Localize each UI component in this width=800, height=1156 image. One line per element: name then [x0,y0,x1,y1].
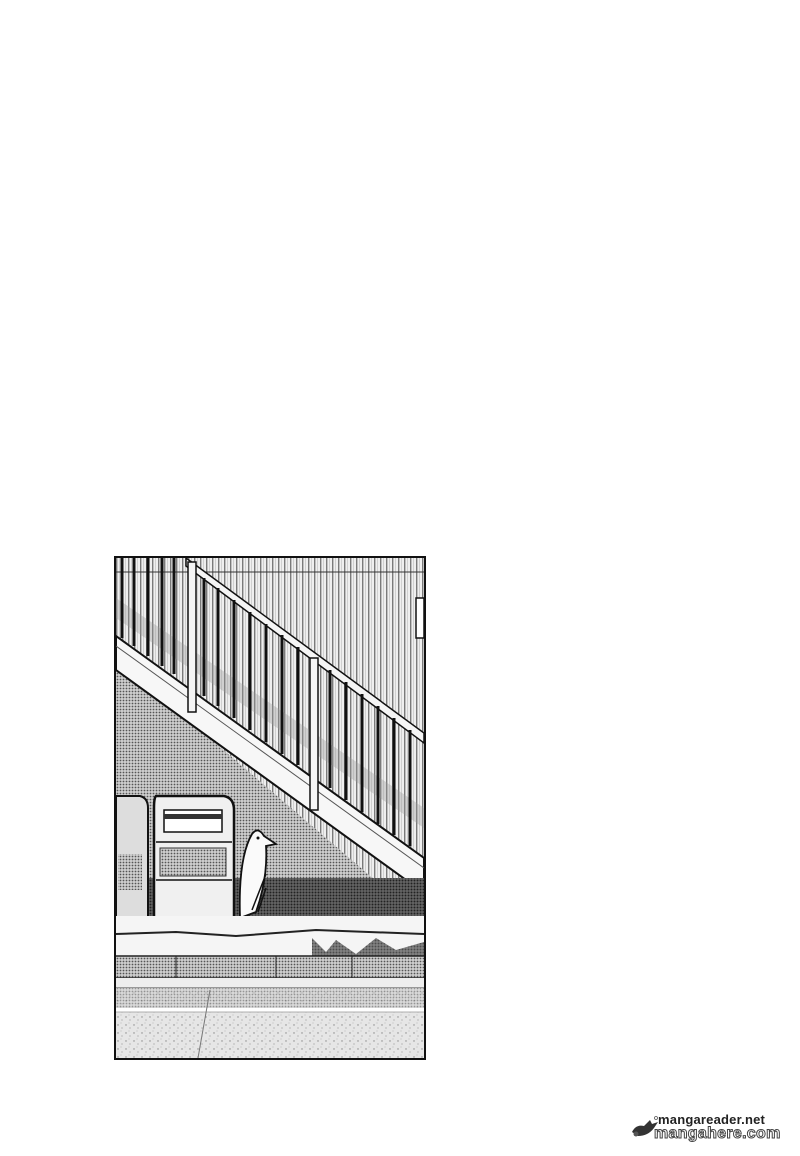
curb [116,956,424,988]
road [116,988,424,1058]
trash-bin [154,796,234,922]
panel-illustration [116,558,424,1058]
manga-panel [114,556,426,1060]
watermark: mangareader.net mangahere.com [630,1108,790,1148]
trash-bin [116,796,148,920]
sidewalk [116,916,424,956]
watermark-text-mangahere: mangahere.com [654,1125,781,1143]
